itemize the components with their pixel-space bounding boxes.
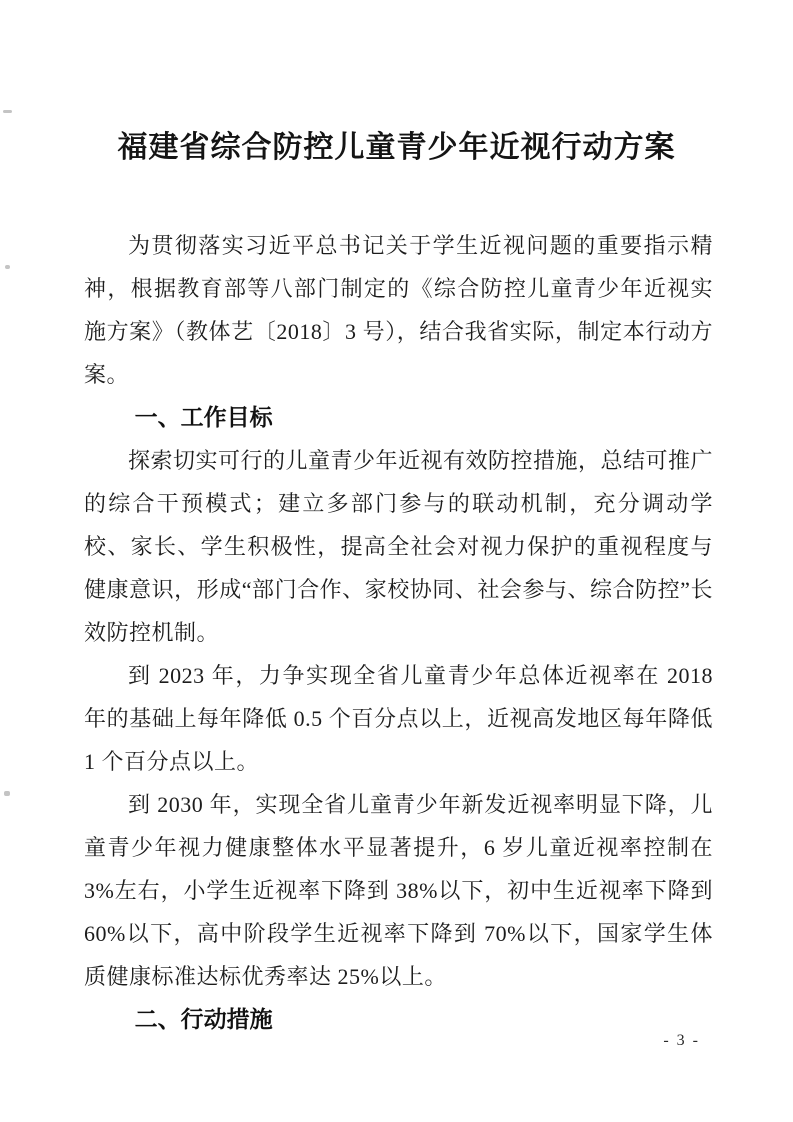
document-title: 福建省综合防控儿童青少年近视行动方案 (0, 0, 793, 166)
section-heading-action-measures: 二、行动措施 (84, 998, 713, 1041)
paragraph-goals-overview: 探索切实可行的儿童青少年近视有效防控措施，总结可推广的综合干预模式；建立多部门参… (84, 439, 713, 654)
paragraph-2023-target: 到 2023 年，力争实现全省儿童青少年总体近视率在 2018 年的基础上每年降… (84, 654, 713, 783)
paragraph-intro: 为贯彻落实习近平总书记关于学生近视问题的重要指示精神，根据教育部等八部门制定的《… (84, 224, 713, 396)
scan-artifact (5, 265, 10, 269)
scan-artifact (4, 791, 10, 796)
section-heading-work-goals: 一、工作目标 (84, 396, 713, 439)
scan-artifact (3, 110, 12, 113)
paragraph-2030-target: 到 2030 年，实现全省儿童青少年新发近视率明显下降，儿童青少年视力健康整体水… (84, 783, 713, 998)
document-page: 福建省综合防控儿童青少年近视行动方案 为贯彻落实习近平总书记关于学生近视问题的重… (0, 0, 793, 1122)
document-body: 为贯彻落实习近平总书记关于学生近视问题的重要指示精神，根据教育部等八部门制定的《… (84, 224, 713, 1041)
page-number: - 3 - (663, 1032, 700, 1050)
